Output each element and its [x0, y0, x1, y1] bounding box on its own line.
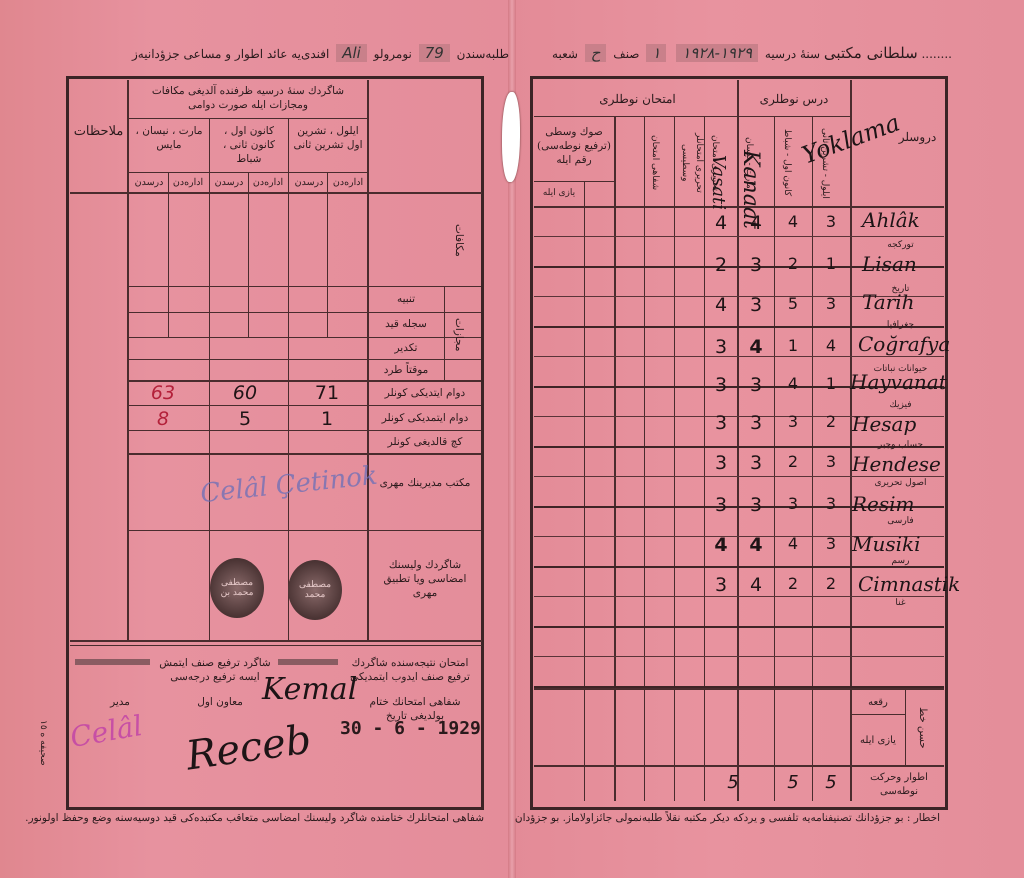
header-prefix: طلبه‌سندن	[457, 47, 509, 61]
kemal-signature: Kemal	[262, 672, 357, 707]
subject-printed: فیزیك	[858, 398, 943, 412]
student-number: 79	[419, 44, 450, 62]
grade-cell: 2	[706, 254, 736, 276]
handwriting-group-label: حسن خط	[915, 700, 929, 755]
col-header-period-1: ایلول - تشرین ثانی	[818, 122, 832, 204]
school-year: ۱۹۲۸-۱۹۲۹	[676, 44, 758, 62]
principal-label: مدیر	[95, 695, 145, 709]
grade-cell: 5	[778, 294, 808, 313]
class-label: صنف	[613, 47, 639, 61]
grade-cell: 3	[741, 412, 771, 434]
grade-cell: 3	[706, 574, 736, 596]
header-suffix: افندی‌یه عائد اطوار و مساعی جزؤدانیه‌ز	[132, 47, 329, 61]
vasati-handwritten: Vasati	[708, 155, 729, 210]
subject-handwritten: Musiki	[852, 532, 921, 556]
subject-printed: غنا	[858, 596, 943, 610]
grade-cell: 3	[741, 294, 771, 316]
subject-handwritten: Hendese	[852, 452, 941, 476]
lesson-grades-header: درس نوطلری	[740, 92, 848, 106]
period-2-admin: اداره‌دن	[249, 176, 287, 190]
period-1-admin: اداره‌دن	[329, 176, 367, 190]
grade-cell: 2	[816, 412, 846, 431]
grade-cell: 4	[741, 574, 771, 596]
grade-cell: 3	[706, 374, 736, 396]
period-2-header: کانون اول ، کانون ثانی ، شباط	[212, 124, 286, 166]
subject-printed: تورکجه	[858, 238, 943, 252]
grade-cell: 3	[778, 494, 808, 513]
absence-p2: 5	[230, 408, 260, 430]
period-3-header: مارت ، نیسان ، مایس	[132, 124, 206, 152]
grade-cell: 1	[816, 254, 846, 273]
grade-cell: 2	[778, 254, 808, 273]
year-label: سنهٔ درسیه	[765, 47, 820, 61]
conduct-label: اطوار وحرکت نوطه‌سی	[855, 771, 943, 799]
grade-cell: 4	[741, 212, 771, 234]
punishment-row-4: موقتاً طرد	[370, 363, 442, 377]
subject-printed: رسم	[858, 554, 943, 568]
seal-stamp-1: مصطفی محمد بن	[210, 558, 264, 618]
grade-cell: 4	[778, 212, 808, 231]
grade-cell: 3	[816, 212, 846, 231]
handwriting-text-label: یازی ایله	[852, 734, 904, 748]
subject-printed: حساب وجبر	[858, 438, 943, 452]
grade-cell: 4	[778, 374, 808, 393]
header-dots: ........	[921, 47, 952, 61]
subject-handwritten: Lisan	[862, 252, 917, 276]
grade-cell: 1	[778, 336, 808, 355]
grade-cell: 4	[778, 534, 808, 553]
col-header-in-words: یازی ایله	[536, 186, 582, 200]
period-2-lesson: درسدن	[210, 176, 248, 190]
grade-cell: 4	[706, 212, 736, 234]
period-3-admin: اداره‌دن	[169, 176, 207, 190]
subject-printed: اصول تحریری	[858, 476, 943, 490]
parent-signature-label: شاگردك ولیسنك امضاسی ویا تطبیق مهری	[372, 558, 478, 600]
grade-cell: 3	[706, 494, 736, 516]
conduct-grade-2: 5	[778, 772, 808, 793]
director-seal-label: مکتب مدیرینك مهری	[372, 476, 478, 490]
absence-label: دوام ایتمدیکی کونلر	[370, 411, 480, 425]
attendance-p1: 71	[312, 382, 342, 404]
attendance-label: دوام ایتدیکی کونلر	[370, 386, 480, 400]
grade-cell: 4	[706, 534, 736, 556]
subject-handwritten: Coğrafya	[858, 332, 950, 356]
grade-cell: 3	[741, 452, 771, 474]
right-footer: اخطار : بو جزؤدانك تصنيفنامه‌یه تلفسی و …	[515, 812, 940, 824]
promotion-label: شاگرد ترفیع صنف ایتمش ایسه ترفیع درجه‌سی	[155, 656, 275, 684]
grade-cell: 3	[778, 412, 808, 431]
date-stamp: 30 - 6 - 1929	[340, 718, 481, 739]
seal-stamp-2: مصطفی محمد	[288, 560, 342, 620]
grade-cell: 4	[741, 534, 771, 556]
right-header: ........ سلطانی مکتبی سنهٔ درسیه ۱۹۲۸-۱۹…	[552, 44, 952, 62]
punishment-row-3: تکدیر	[370, 341, 442, 355]
left-header: طلبه‌سندن 79 نومرولو Ali افندی‌یه عائد ا…	[132, 44, 509, 62]
grade-cell: 3	[706, 336, 736, 358]
grade-cell: 1	[816, 374, 846, 393]
attendance-p3: 63	[148, 382, 178, 404]
subject-handwritten: Hayvanat	[850, 370, 947, 394]
col-header-final-avg: صوك وسطی (ترفیع نوطه‌سی) رقم ایله	[536, 125, 612, 167]
conduct-grade-1: 5	[816, 772, 846, 793]
period-1-header: ایلول ، تشرین اول تشرین ثانی	[291, 124, 365, 152]
subject-printed: فارسی	[858, 514, 943, 528]
exam-result-label: امتحان نتیجه‌سنده شاگردك ترفیع صنف ایدوب…	[345, 656, 475, 684]
paper-tear	[502, 92, 520, 182]
period-3-lesson: درسدن	[130, 176, 168, 190]
page-side-note: صحیفه ه ١٥	[36, 720, 50, 766]
left-footer: شفاهی امتحانلرك ختامنده شاگرد ولیسنك امض…	[25, 812, 484, 824]
subject-handwritten: Ahlâk	[862, 208, 920, 232]
grade-cell: 4	[741, 336, 771, 358]
grade-cell: 3	[816, 494, 846, 513]
grade-cell: 3	[816, 452, 846, 471]
subject-handwritten: Hesap	[852, 412, 916, 436]
late-label: کچ قالدیغی کونلر	[370, 435, 480, 449]
school-name: سلطانی مکتبی	[824, 44, 918, 62]
redacted-field	[278, 659, 338, 665]
class-value: ١	[646, 44, 666, 62]
absence-p1: 1	[312, 408, 342, 430]
col-header-oral-exam: شفاهی امتحان	[648, 122, 662, 204]
grade-cell: 4	[706, 294, 736, 316]
punishment-row-2: سجله قید	[370, 317, 442, 331]
grade-cell: 3	[706, 452, 736, 474]
grade-cell: 3	[741, 494, 771, 516]
remarks-header: ملاحظات	[70, 125, 127, 139]
absence-p3: 8	[148, 408, 178, 430]
grade-cell: 2	[778, 452, 808, 471]
grade-cell: 3	[816, 534, 846, 553]
subject-printed: جغرافیا	[858, 318, 943, 332]
grade-cell: 2	[778, 574, 808, 593]
handwriting-riqa-label: رقعه	[852, 696, 904, 710]
redacted-field	[75, 659, 150, 665]
exam-grades-header: امتحان نوطلری	[540, 92, 735, 106]
col-header-written-avg: تحریری امتحانلر وسطیسی	[678, 122, 706, 204]
grade-cell: 4	[816, 336, 846, 355]
punishment-row-1: تنبیه	[370, 292, 442, 306]
student-name: Ali	[336, 44, 367, 62]
period-1-lesson: درسدن	[290, 176, 328, 190]
grade-cell: 3	[741, 374, 771, 396]
subject-handwritten: Cimnastik	[858, 572, 960, 596]
rewards-group-header: شاگردك سنهٔ درسیه ظرفنده آلدیغی مکافات و…	[132, 84, 364, 112]
number-label: نومرولو	[374, 47, 412, 61]
subject-handwritten: Resim	[852, 492, 915, 516]
section-label: شعبه	[552, 47, 578, 61]
section-value: ح	[585, 44, 607, 62]
grade-cell: 3	[706, 412, 736, 434]
conduct-grade-3: 5	[718, 772, 748, 793]
attendance-p2: 60	[230, 382, 260, 404]
grade-cell: 2	[816, 574, 846, 593]
col-header-period-2: کانون اول - شباط	[780, 122, 794, 204]
grade-cell: 3	[741, 254, 771, 276]
rewards-label: مکافات	[452, 215, 466, 265]
grade-cell: 3	[816, 294, 846, 313]
punishments-label: مجازات	[452, 310, 466, 360]
vice-principal-label: معاون اول	[180, 695, 260, 709]
subject-handwritten: Tarih	[862, 290, 915, 314]
